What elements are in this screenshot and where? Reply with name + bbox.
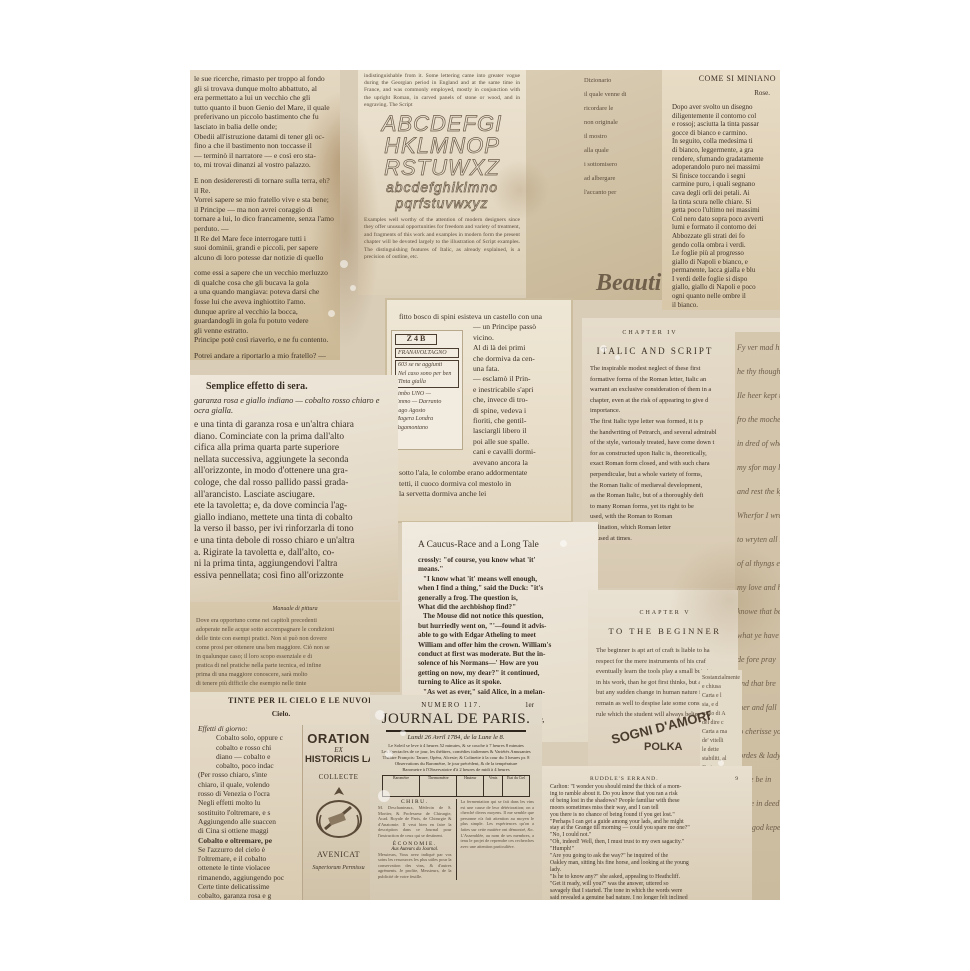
- manuale-text: Dove era opportuno come nei capitoli pre…: [196, 616, 394, 688]
- journal-de-paris-newspaper: NUMERO 117. 1er JOURNAL DE PARIS. Lundi …: [370, 695, 542, 900]
- issue-number: NUMERO 117.: [421, 701, 482, 709]
- ornamental-title: Beauti: [596, 270, 661, 297]
- vintage-paper-collage: le sue ricerche, rimasto per troppo al f…: [190, 70, 780, 900]
- page-mark: 1er: [525, 701, 534, 709]
- light-spot: [350, 285, 356, 291]
- heraldic-emblem-icon: [311, 785, 367, 843]
- come-si-miniano-page: COME SI MINIANO Rose. Dopo aver svolto u…: [662, 70, 780, 310]
- alphabet-specimen-page: indistinguishable from it. Some letterin…: [358, 70, 526, 295]
- title-rule: [386, 730, 526, 732]
- sogni-subtitle: POLKA: [644, 741, 710, 753]
- weather-table: Baromètre Thermomètre Hauteur Vents Etat…: [382, 775, 530, 797]
- torn-dictionary-text: Dizionario il quale venne di ricordare l…: [534, 74, 658, 200]
- alphabet-caption-text: Examples well worthy of the attention of…: [364, 217, 520, 261]
- alphabet-specimen: ABCDEFGI HKLMNOP RSTUWXZ abcdefghiklmno …: [364, 113, 520, 211]
- italian-story-page: le sue ricerche, rimasto per troppo al f…: [190, 70, 340, 360]
- column-rule: [456, 799, 457, 880]
- cover-signature: Superiorum Permissu: [305, 865, 372, 871]
- journal-intro: Le Soleil se leve à 4 heures 52 minutes,…: [378, 743, 534, 773]
- note-card-label: Z 4 B: [395, 334, 437, 345]
- cover-title-1: ORATION: [305, 731, 372, 746]
- chapter-heading: ITALIC AND SCRIPT: [590, 346, 720, 356]
- fairy-tale-page: fitto bosco di spini esisteva un castell…: [385, 298, 573, 523]
- tinte-heading: TINTE PER IL CIELO E LE NUVOLE: [228, 696, 364, 705]
- ruddles-errand-page: RUDDLE'S ERRAND. 9 Carlton: "I wonder yo…: [542, 766, 752, 900]
- semplice-heading: Semplice effetto di sera.: [206, 381, 392, 392]
- newspaper-title: JOURNAL DE PARIS.: [378, 711, 534, 728]
- semplice-text: e una tinta di garanza rosa e un'altra c…: [194, 420, 392, 582]
- semplice-effetto-page: Semplice effetto di sera. garanza rosa e…: [190, 375, 398, 600]
- alphabet-intro-text: indistinguishable from it. Some letterin…: [364, 73, 520, 109]
- ruddles-errand-text: Carlton: "I wonder you should mind the t…: [550, 784, 744, 900]
- handwritten-letter-text: Fy ver mad hir lave he thy thought wilra…: [737, 336, 780, 840]
- cover-subtitle: COLLECTE: [305, 773, 372, 781]
- semplice-subtitle: garanza rosa e giallo indiano — cobalto …: [194, 396, 392, 416]
- cover-title-2: EX: [305, 746, 372, 754]
- italic-script-text: The inspirable modest neglect of these f…: [590, 364, 735, 544]
- page-number: 9: [735, 776, 738, 782]
- chapter-heading: TO THE BEGINNER: [596, 626, 734, 636]
- caucus-heading: A Caucus-Race and a Long Tale: [418, 540, 592, 550]
- emblem-caption: AVENICAT: [305, 850, 372, 859]
- running-head: Manuale di pittura: [196, 606, 394, 612]
- handwritten-note-card: Z 4 B FRANAVOLTAGNO 603 se ne aggiunti N…: [391, 330, 463, 450]
- date-line: Lundi 26 Avril 1784, de la Lune le 8.: [378, 734, 534, 741]
- running-head: RUDDLE'S ERRAND.: [590, 776, 659, 782]
- light-spot: [340, 260, 348, 268]
- italian-story-text: le sue ricerche, rimasto per troppo al f…: [194, 74, 336, 360]
- sogni-damore-sheet-music: SOGNI D'AMORE POLKA: [610, 710, 710, 770]
- torn-dictionary-page: Dizionario il quale venne di ricordare l…: [526, 70, 666, 300]
- tinte-subheading: Cielo.: [198, 709, 364, 718]
- cover-title-3: HISTORICIS LA: [305, 754, 372, 765]
- miniano-text: Dopo aver svolto un disegno diligentemen…: [672, 103, 776, 309]
- chapter-label: CHAPTER IV: [590, 330, 710, 336]
- manuale-pittura-page: Manuale di pittura Dove era opportuno co…: [190, 602, 400, 692]
- section-heading: COME SI MINIANO: [672, 74, 776, 83]
- section-subheading: Rose.: [672, 89, 770, 97]
- chapter-label: CHAPTER V: [596, 610, 734, 616]
- orationes-book-cover: ORATION EX HISTORICIS LA COLLECTE AVENIC…: [302, 725, 374, 900]
